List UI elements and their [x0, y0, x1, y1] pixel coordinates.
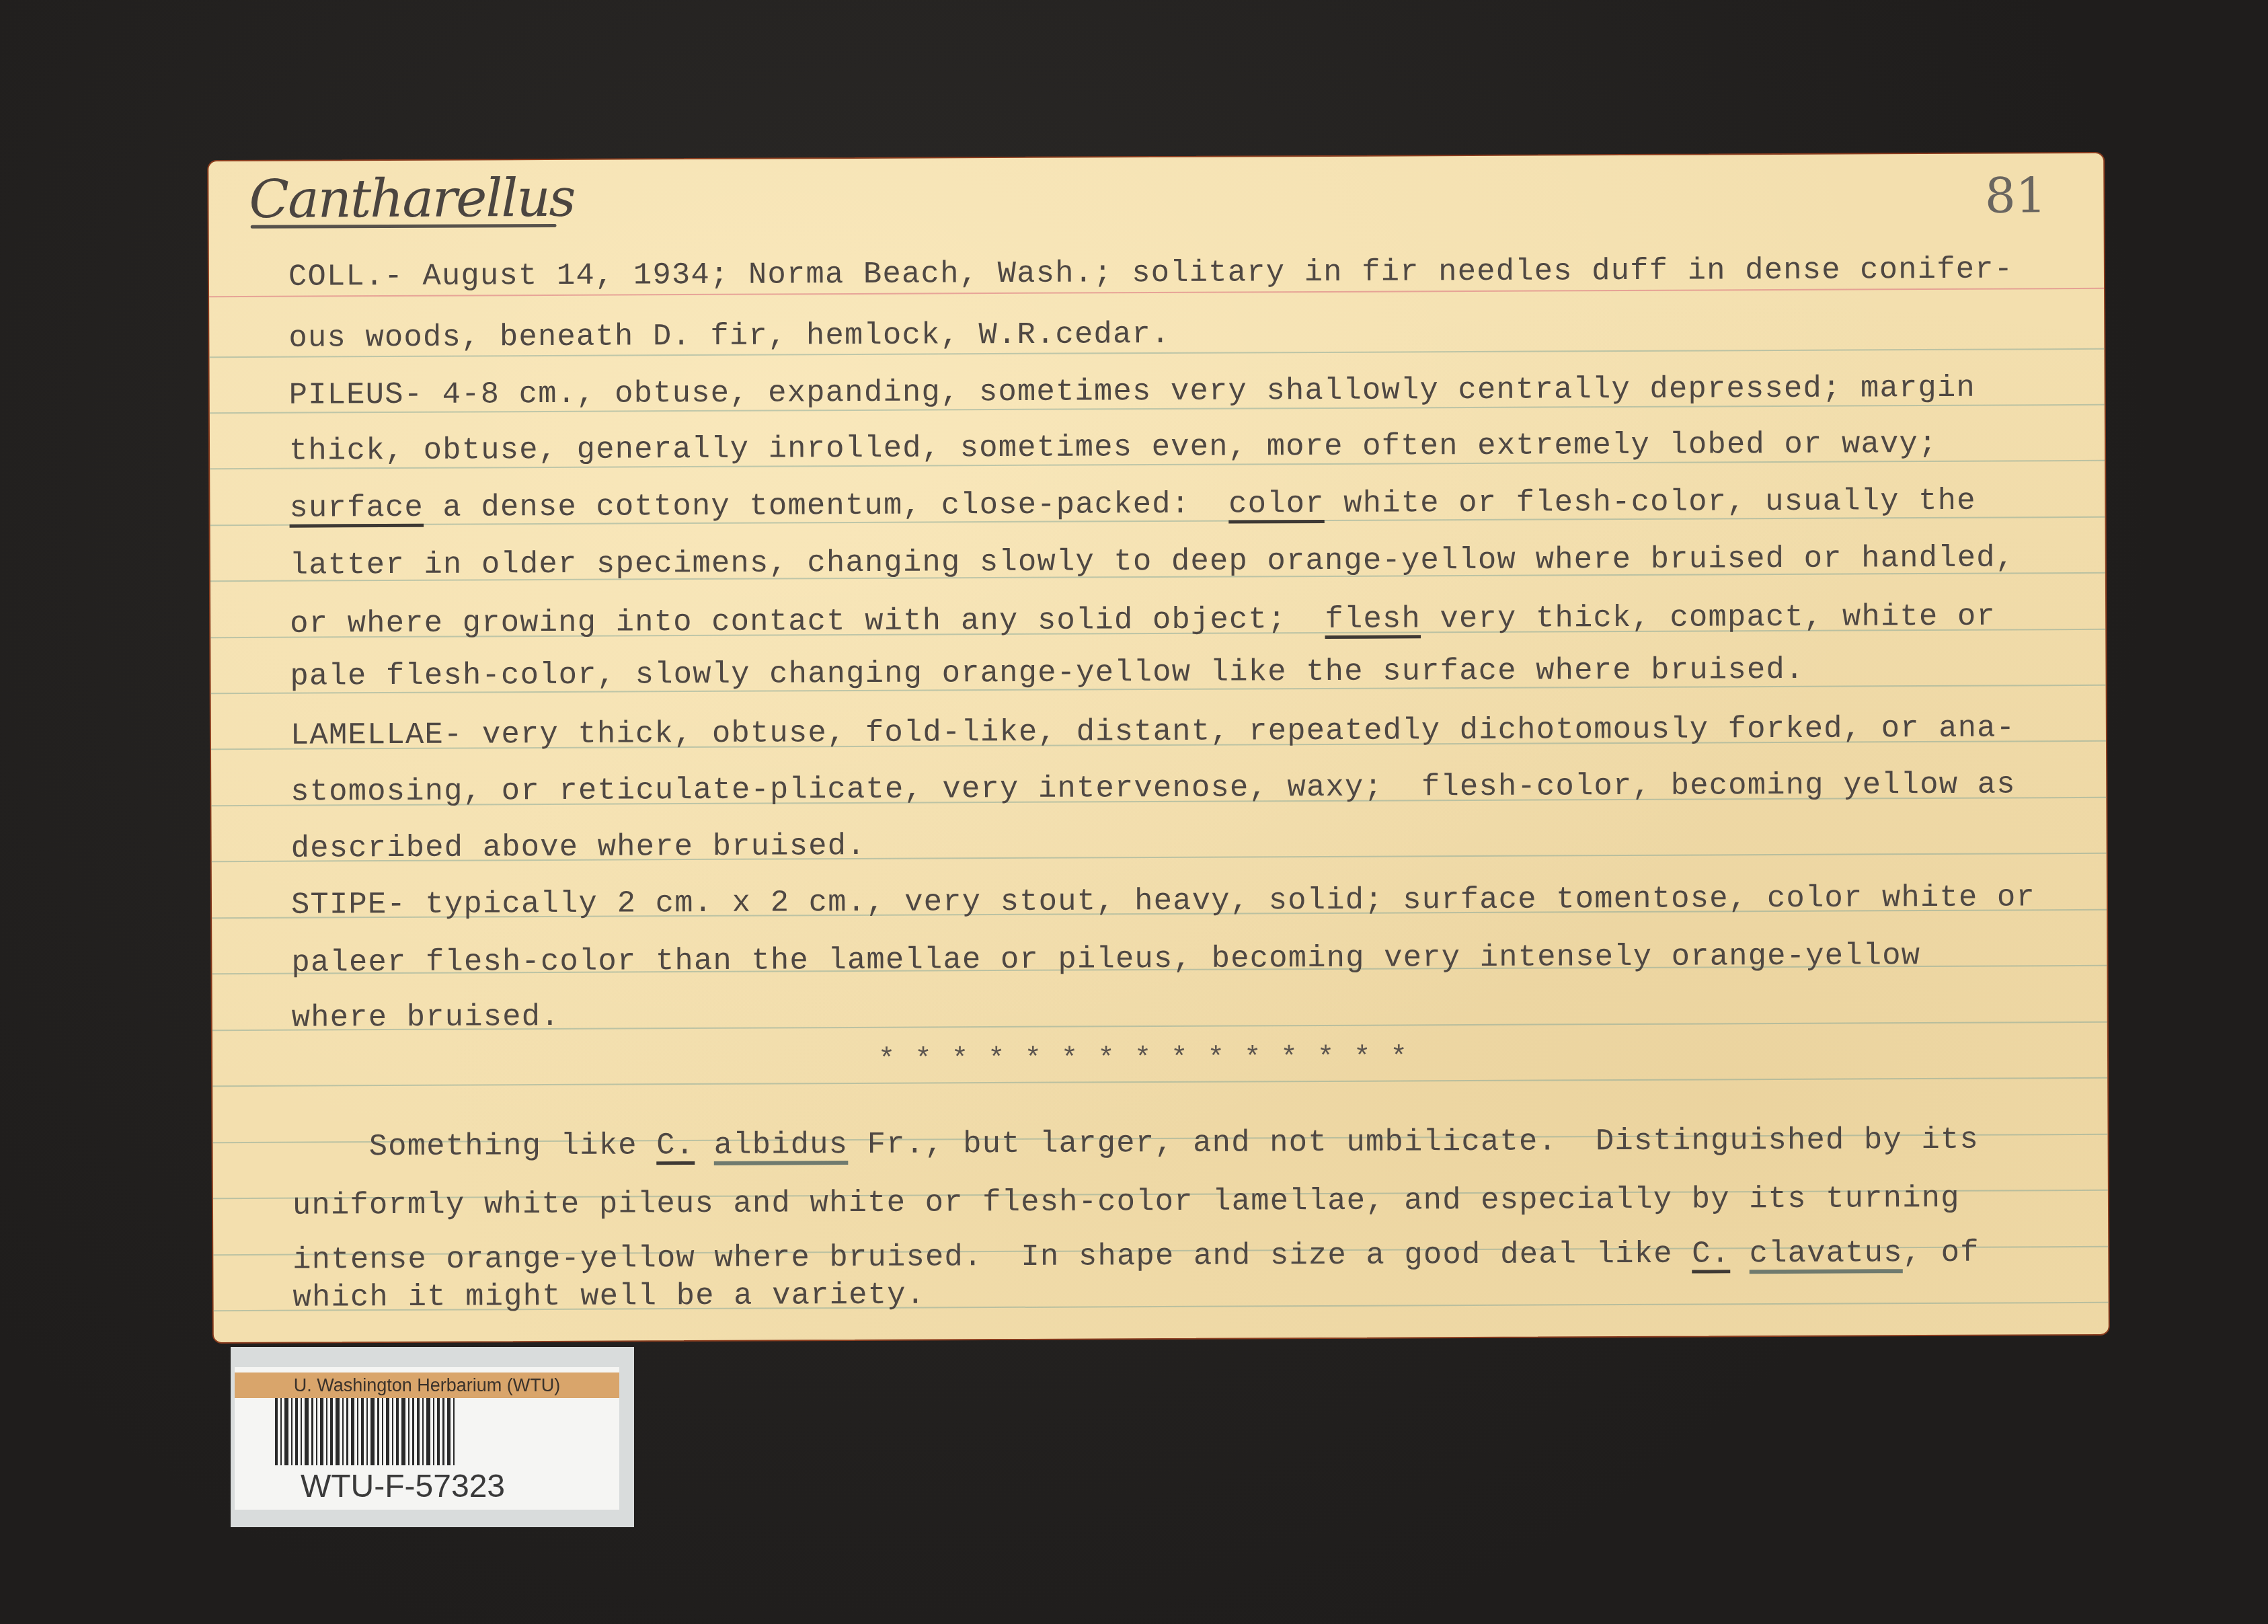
- note-line: Something like C. albidus Fr., but large…: [292, 1122, 1979, 1165]
- text-line-stipe: STIPE- typically 2 cm. x 2 cm., very sto…: [291, 880, 2035, 922]
- barcode-icon: [275, 1398, 524, 1465]
- text-line: or where growing into contact with any s…: [290, 599, 1996, 642]
- text-line-coll: COLL.- August 14, 1934; Norma Beach, Was…: [288, 252, 2014, 294]
- underlined-term-color: color: [1228, 486, 1325, 522]
- rule-line: [212, 1077, 2107, 1087]
- herbarium-card: Cantharellus 81 COLL.- August 14, 1934; …: [207, 152, 2110, 1344]
- underlined-term-surface: surface: [289, 490, 424, 526]
- underlined-genus-abbrev: C.: [1692, 1236, 1730, 1271]
- text-line: described above where bruised.: [291, 828, 866, 866]
- text-line: thick, obtuse, generally inrolled, somet…: [289, 426, 1938, 469]
- text-line-pileus: PILEUS- 4-8 cm., obtuse, expanding, some…: [289, 371, 1976, 413]
- note-line: which it might well be a variety.: [292, 1278, 925, 1315]
- text-line: stomosing, or reticulate-plicate, very i…: [290, 767, 2016, 809]
- barcode-label: U. Washington Herbarium (WTU) WTU-F-5732…: [231, 1347, 634, 1527]
- note-line: uniformly white pileus and white or fles…: [292, 1181, 1960, 1223]
- asterisk-separator: * * * * * * * * * * * * * * *: [878, 1041, 1409, 1075]
- text-line: ous woods, beneath D. fir, hemlock, W.R.…: [288, 317, 1170, 356]
- underlined-term-flesh: flesh: [1325, 601, 1421, 637]
- genus-heading: Cantharellus: [249, 168, 574, 230]
- barcode-label-sticker: U. Washington Herbarium (WTU) WTU-F-5732…: [235, 1367, 619, 1510]
- underlined-species-clavatus: clavatus: [1750, 1235, 1903, 1271]
- text-line: surface a dense cottony tomentum, close-…: [289, 484, 1976, 526]
- text-line: where bruised.: [292, 999, 560, 1036]
- underlined-genus-abbrev: C.: [656, 1128, 695, 1163]
- underlined-species-albidus: albidus: [714, 1127, 849, 1163]
- institution-band: U. Washington Herbarium (WTU): [235, 1372, 619, 1398]
- catalog-number: WTU-F-57323: [235, 1468, 571, 1505]
- text-line-lamellae: LAMELLAE- very thick, obtuse, fold-like,…: [290, 710, 2016, 752]
- text-line: latter in older specimens, changing slow…: [290, 540, 2015, 582]
- note-line: intense orange-yellow where bruised. In …: [292, 1235, 1980, 1278]
- text-line: pale flesh-color, slowly changing orange…: [290, 652, 1804, 694]
- text-line: paleer flesh-color than the lamellae or …: [291, 938, 1920, 980]
- page-number: 81: [1985, 167, 2047, 223]
